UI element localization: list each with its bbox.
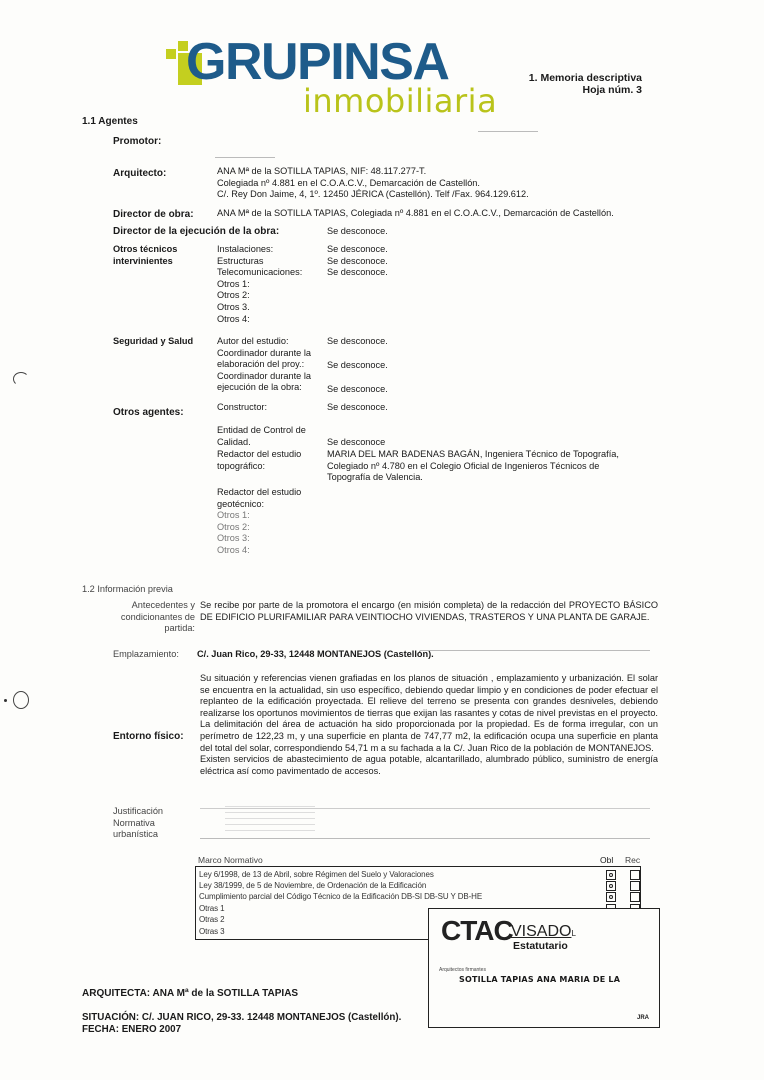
promotor-label: Promotor:: [113, 136, 161, 148]
logo-subtitle: inmobiliaria: [303, 84, 497, 118]
director-obra-label: Director de obra:: [113, 209, 194, 221]
otros-tecnicos-list: Instalaciones: Estructuras Telecomunicac…: [217, 244, 302, 325]
rec-checkbox[interactable]: [630, 881, 640, 891]
seguridad-label: Seguridad y Salud: [113, 336, 193, 348]
antecedentes-label: Antecedentes y condicionantes de partida…: [113, 600, 195, 635]
table-row: Ley 6/1998, de 13 de Abril, sobre Régime…: [199, 870, 434, 879]
obl-checkbox[interactable]: [606, 892, 616, 902]
footer-situacion: SITUACIÓN: C/. JUAN RICO, 29-33. 12448 M…: [82, 1012, 401, 1035]
director-obra-value: ANA Mª de la SOTILLA TAPIAS, Colegiada n…: [217, 208, 647, 220]
director-ejecucion-value: Se desconoce.: [327, 226, 388, 238]
control-calidad-value: Se desconoce: [327, 437, 385, 449]
table-row: Ley 38/1999, de 5 de Noviembre, de Orden…: [199, 881, 426, 890]
geotecnico-label: Redactor del estudio geotécnico:: [217, 487, 317, 510]
stamp-architect-name: SOTILLA TAPIAS ANA MARIA DE LA: [459, 975, 620, 984]
table-row: Otras 3: [199, 927, 225, 936]
entorno-value: Su situación y referencias vienen grafia…: [200, 673, 658, 777]
otros-tecnicos-values: Se desconoce. Se desconoce. Se desconoce…: [327, 244, 388, 279]
topografico-label: Redactor del estudio topográfico:: [217, 449, 317, 472]
constructor-value: Se desconoce.: [327, 402, 388, 414]
emplazamiento-label: Emplazamiento:: [113, 649, 179, 661]
obl-checkbox[interactable]: [606, 870, 616, 880]
arquitecto-value: ANA Mª de la SOTILLA TAPIAS, NIF: 48.117…: [217, 166, 637, 201]
otros-agentes-label: Otros agentes:: [113, 407, 184, 419]
arquitecto-label: Arquitecto:: [113, 168, 166, 180]
document-title: 1. Memoria descriptiva: [529, 72, 642, 84]
table-row: Otras 1: [199, 904, 225, 913]
sheet-number: Hoja núm. 3: [529, 84, 642, 96]
table-row: Cumplimiento parcial del Código Técnico …: [199, 892, 482, 901]
otros-tecnicos-label: Otros técnicos intervinientes: [113, 244, 177, 267]
marco-col-rec: Rec: [625, 855, 640, 865]
visado-stamp: CTAC VISADOL Estatutario Arquitectos fir…: [428, 908, 660, 1028]
topografico-value: MARIA DEL MAR BADENAS BAGÁN, Ingeniera T…: [327, 449, 642, 484]
constructor-label: Constructor:: [217, 402, 267, 414]
dot-mark: [4, 699, 7, 702]
stamp-logo: CTAC: [441, 915, 513, 947]
document-header: 1. Memoria descriptiva Hoja núm. 3: [529, 72, 642, 96]
seguridad-coord-proy-value: Se desconoce.: [327, 360, 388, 372]
section-title-agentes: 1.1 Agentes: [82, 116, 138, 128]
otros-agentes-extra: Otros 1: Otros 2: Otros 3: Otros 4:: [217, 510, 250, 556]
logo-brand: GRUPINSA: [186, 36, 448, 88]
footer-arquitecta: ARQUITECTA: ANA Mª de la SOTILLA TAPIAS: [82, 988, 298, 999]
marco-title: Marco Normativo: [198, 855, 263, 865]
rec-checkbox[interactable]: [630, 870, 640, 880]
obl-checkbox[interactable]: [606, 881, 616, 891]
justificacion-label: Justificación Normativa urbanística: [113, 806, 163, 841]
table-row: Otras 2: [199, 915, 225, 924]
seguridad-coord-obra-value: Se desconoce.: [327, 384, 388, 396]
stamp-small-label: Arquitectos firmantes: [439, 967, 486, 973]
stamp-visado: VISADOL: [511, 923, 576, 941]
punch-hole-mark: [13, 372, 29, 386]
rec-checkbox[interactable]: [630, 892, 640, 902]
stamp-subtitle: Estatutario: [513, 940, 568, 952]
faded-text-region: [225, 806, 315, 836]
section-title-info-previa: 1.2 Información previa: [82, 584, 173, 596]
control-calidad-label: Entidad de Control de Calidad.: [217, 425, 322, 448]
entorno-label: Entorno físico:: [113, 731, 184, 743]
emplazamiento-value: C/. Juan Rico, 29-33, 12448 MONTANEJOS (…: [197, 649, 434, 661]
seguridad-list: Autor del estudio: Coordinador durante l…: [217, 336, 322, 394]
marco-col-obl: Obl: [600, 855, 613, 865]
director-ejecucion-label: Director de la ejecución de la obra:: [113, 226, 279, 238]
stamp-code: JRA: [637, 1015, 649, 1021]
seguridad-autor-value: Se desconoce.: [327, 336, 388, 348]
punch-hole-mark: [13, 691, 29, 709]
antecedentes-value: Se recibe por parte de la promotora el e…: [200, 600, 658, 623]
